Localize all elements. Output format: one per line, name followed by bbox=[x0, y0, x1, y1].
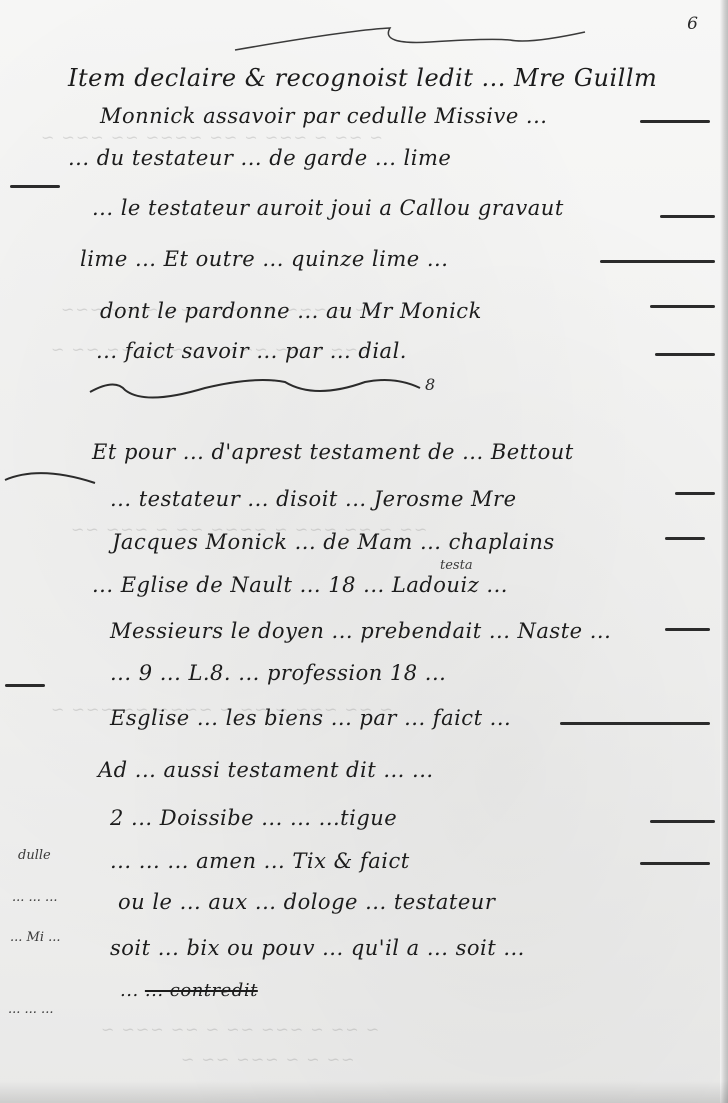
margin-note: ... ... ... bbox=[8, 1002, 53, 1017]
manuscript-word: ... bbox=[120, 980, 139, 1001]
manuscript-line: ... le testateur auroit joui a Callou gr… bbox=[92, 196, 564, 220]
manuscript-line: Ad ... aussi testament dit ... ... bbox=[98, 758, 434, 782]
line-filler bbox=[660, 215, 715, 218]
manuscript-line: lime ... Et outre ... quinze lime ... bbox=[80, 247, 448, 271]
manuscript-line: 2 ... Doissibe ... ... ...tigue bbox=[110, 806, 397, 830]
manuscript-line: dont le pardonne ... au Mr Monick bbox=[100, 299, 482, 323]
manuscript-line: Esglise ... les biens ... par ... faict … bbox=[110, 706, 511, 730]
top-flourish bbox=[230, 20, 590, 60]
bleed-through-text: ~ ~~ ~ ~~~ ~ ~~ ~~~~ ~~ ~~~ ~ bbox=[40, 128, 383, 147]
manuscript-line: ... faict savoir ... par ... dial. bbox=[96, 339, 407, 363]
page-number: 6 bbox=[687, 14, 698, 34]
margin-note: dulle bbox=[18, 848, 51, 863]
bleed-through-text: ~~ ~ ~ ~~~ ~~ ~ bbox=[180, 1050, 355, 1069]
margin-note: ... ... ... bbox=[12, 890, 57, 905]
line-filler bbox=[5, 684, 45, 687]
line-filler bbox=[640, 120, 710, 123]
manuscript-line: ... du testateur ... de garde ... lime bbox=[68, 146, 451, 170]
line-filler bbox=[560, 722, 710, 725]
manuscript-line: Et pour ... d'aprest testament de ... Be… bbox=[92, 440, 574, 464]
manuscript-page: ~ ~~ ~ ~~~ ~ ~~ ~~~~ ~~ ~~~ ~ ~~ ~ ~~~ ~… bbox=[0, 0, 728, 1103]
page-shadow bbox=[0, 1081, 728, 1103]
page-edge bbox=[720, 0, 728, 1103]
manuscript-line: soit ... bix ou pouv ... qu'il a ... soi… bbox=[110, 936, 525, 960]
line-filler bbox=[10, 185, 60, 188]
svg-text:8: 8 bbox=[425, 375, 435, 394]
line-filler bbox=[655, 353, 715, 356]
manuscript-line: ... Eglise de Nault ... 18 ... Ladouiz .… bbox=[92, 573, 508, 597]
manuscript-line: ... ... ... amen ... Tix & faict bbox=[110, 849, 410, 873]
line-filler bbox=[640, 862, 710, 865]
manuscript-line: Messieurs le doyen ... prebendait ... Na… bbox=[110, 619, 611, 643]
line-filler bbox=[650, 305, 715, 308]
manuscript-line: Jacques Monick ... de Mam ... chaplains bbox=[112, 530, 555, 554]
manuscript-line: ... testateur ... disoit ... Jerosme Mre bbox=[110, 487, 517, 511]
paragraph-lead-flourish bbox=[0, 455, 100, 495]
line-filler bbox=[665, 628, 710, 631]
manuscript-line: Item declaire & recognoist ledit ... Mre… bbox=[68, 64, 657, 92]
line-filler bbox=[650, 820, 715, 823]
margin-note: ... Mi ... bbox=[10, 930, 61, 945]
manuscript-line: ... ... contredit bbox=[120, 980, 258, 1001]
interlinear-note: testa bbox=[440, 558, 473, 573]
paragraph-end-flourish: 8 bbox=[85, 370, 425, 415]
line-filler bbox=[675, 492, 715, 495]
line-filler bbox=[600, 260, 715, 263]
manuscript-line: Monnick assavoir par cedulle Missive ... bbox=[100, 104, 547, 128]
struck-through-text: ... contredit bbox=[145, 980, 258, 1001]
manuscript-line: ... 9 ... L.8. ... profession 18 ... bbox=[110, 661, 446, 685]
manuscript-line: ou le ... aux ... dologe ... testateur bbox=[118, 890, 495, 914]
bleed-through-text: ~ ~~ ~ ~~~ ~~ ~ ~~ ~~~ ~ bbox=[100, 1020, 379, 1039]
line-filler bbox=[665, 537, 705, 540]
